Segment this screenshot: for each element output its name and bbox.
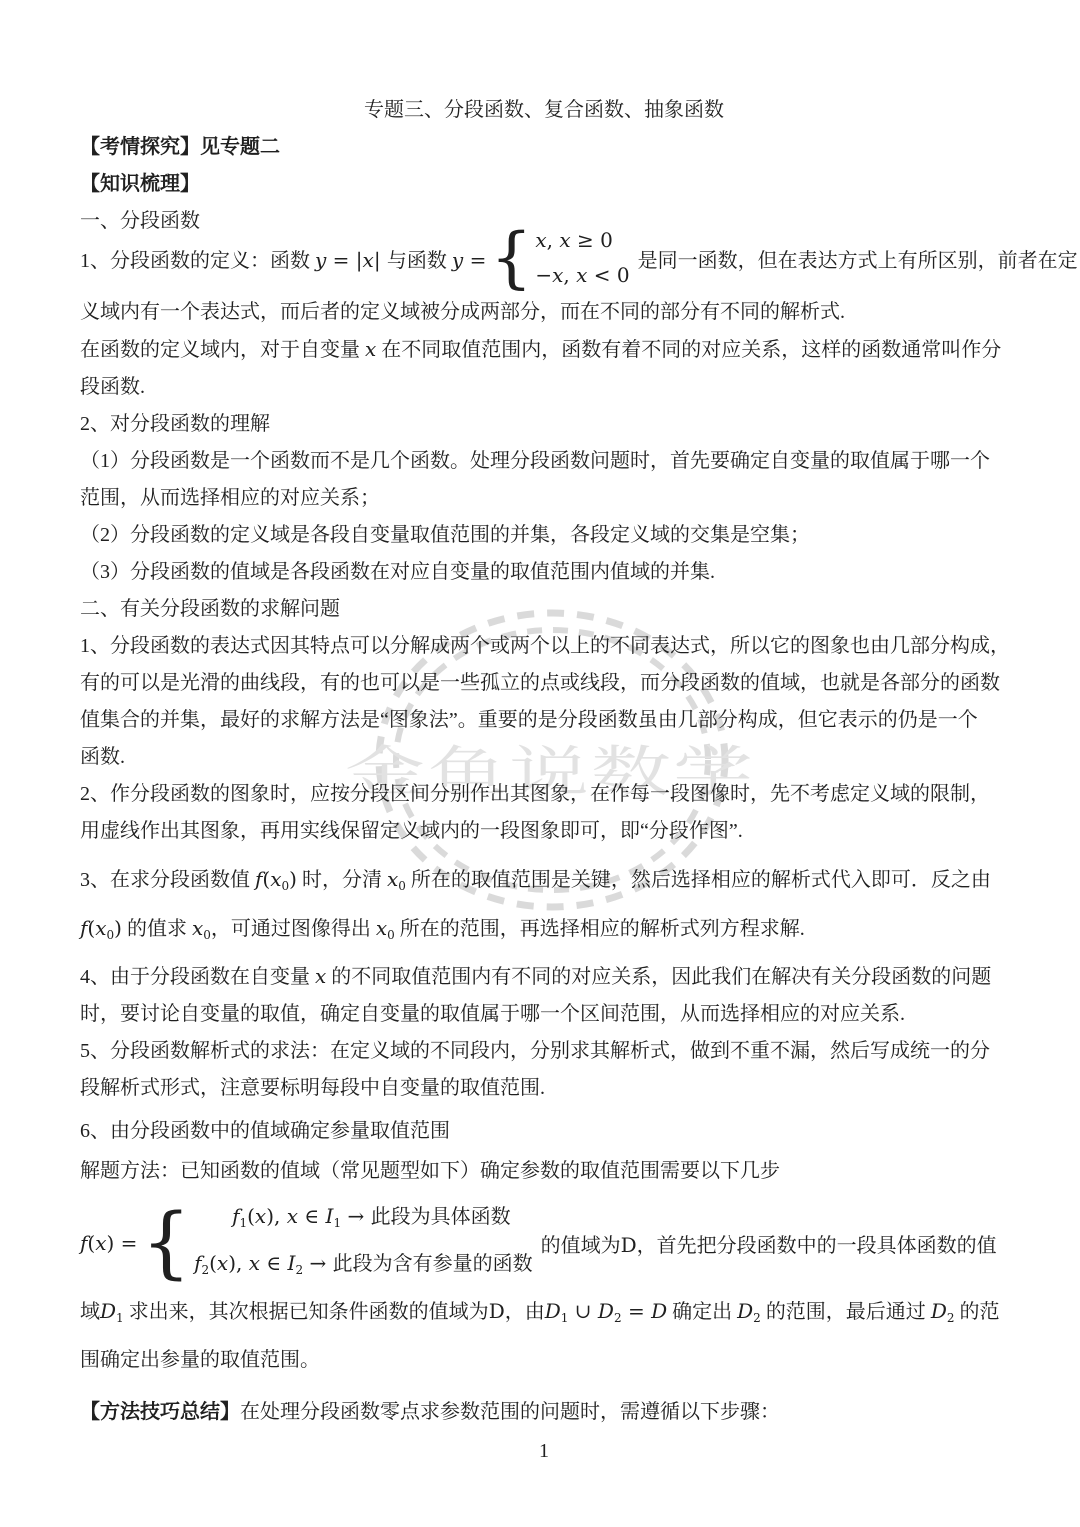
left-brace-glyph: { bbox=[490, 223, 532, 293]
text-line: 6、由分段函数中的值域确定参量取值范围 bbox=[80, 1113, 1008, 1150]
text-line: 用虚线作出其图象，再用实线保留定义域内的一段图象即可，即“分段作图”. bbox=[80, 813, 1008, 850]
section-heading-2: 二、有关分段函数的求解问题 bbox=[80, 591, 1008, 628]
text-line: 值集合的并集，最好的求解方法是“图象法”。重要的是分段函数虽由几部分构成，但它表… bbox=[80, 702, 1008, 739]
text-line: 范围，从而选择相应的对应关系； bbox=[80, 480, 1008, 517]
page-title: 专题三、分段函数、复合函数、抽象函数 bbox=[80, 92, 1008, 129]
piecewise-cases: x, x ≥ 0 −x, x < 0 bbox=[535, 223, 629, 293]
piecewise-case-1: x, x ≥ 0 bbox=[535, 223, 629, 258]
text-line: 5、分段函数解析式的求法：在定义域的不同段内，分别求其解析式，做到不重不漏，然后… bbox=[80, 1033, 1008, 1070]
text-line: 义域内有一个表达式，而后者的定义域被分成两部分，而在不同的部分有不同的解析式. bbox=[80, 294, 1008, 331]
piecewise-case-2: f2(x), x ∈ I2 → 此段为含有参量的函数 bbox=[194, 1243, 533, 1290]
piecewise-parameter-formula: f(x) = { f1(x), x ∈ I1 → 此段为具体函数 f2(x), … bbox=[80, 1201, 1008, 1285]
method-summary-line: 【方法技巧总结】在处理分段函数零点求参数范围的问题时，需遵循以下步骤： bbox=[80, 1394, 1008, 1431]
piecewise-case-2: −x, x < 0 bbox=[535, 258, 629, 293]
text-line: 2、对分段函数的理解 bbox=[80, 406, 1008, 443]
text-line: 段解析式形式，注意要标明每段中自变量的取值范围. bbox=[80, 1070, 1008, 1107]
text-line: 解题方法：已知函数的值域（常见题型如下）确定参数的取值范围需要以下几步 bbox=[80, 1153, 1008, 1190]
text-line: 围确定出参量的取值范围。 bbox=[80, 1339, 1008, 1381]
text-line: 段函数. bbox=[80, 369, 1008, 406]
text-line: 3、在求分段函数值 f(x0) 时，分清 x0 所在的取值范围是关键，然后选择相… bbox=[80, 858, 1008, 907]
piecewise-case-1: f1(x), x ∈ I1 → 此段为具体函数 bbox=[194, 1196, 533, 1243]
formula-lhs: f(x) = bbox=[80, 1231, 137, 1256]
piecewise-definition-formula: 1、分段函数的定义：函数 y = |x| 与函数 y = { x, x ≥ 0 … bbox=[80, 222, 1008, 294]
text-line: （3）分段函数的值域是各段函数在对应自变量的取值范围内值域的并集. bbox=[80, 554, 1008, 591]
text-line: f(x0) 的值求 x0，可通过图像得出 x0 所在的范围，再选择相应的解析式列… bbox=[80, 907, 1008, 956]
formula-trail-text: 是同一函数，但在表达方式上有所区别，前者在定 bbox=[638, 244, 1078, 273]
page-number: 1 bbox=[80, 1433, 1008, 1470]
text-line: 域D1 求出来，其次根据已知条件函数的值域为D，由D1 ∪ D2 = D 确定出… bbox=[80, 1290, 1008, 1339]
formula-lead-text: 1、分段函数的定义：函数 y = |x| 与函数 y = bbox=[80, 244, 486, 273]
text-line: （1）分段函数是一个函数而不是几个函数。处理分段函数问题时，首先要确定自变量的取… bbox=[80, 443, 1008, 480]
document-page: 金鱼说数学 专题三、分段函数、复合函数、抽象函数 【考情探究】见专题二 【知识梳… bbox=[0, 0, 1080, 1527]
text-line: 4、由于分段函数在自变量 x 的不同取值范围内有不同的对应关系，因此我们在解决有… bbox=[80, 958, 1008, 996]
text-line: 时，要讨论自变量的取值，确定自变量的取值属于哪一个区间范围，从而选择相应的对应关… bbox=[80, 996, 1008, 1033]
document-content: 专题三、分段函数、复合函数、抽象函数 【考情探究】见专题二 【知识梳理】 一、分… bbox=[0, 0, 1080, 1470]
heading-knowledge-outline: 【知识梳理】 bbox=[80, 166, 1008, 203]
formula-trail-text: 的值域为D，首先把分段函数中的一段具体函数的值 bbox=[541, 1229, 997, 1258]
piecewise-cases: f1(x), x ∈ I1 → 此段为具体函数 f2(x), x ∈ I2 → … bbox=[194, 1196, 533, 1290]
text-line: 在函数的定义域内，对于自变量 x 在不同取值范围内，函数有着不同的对应关系，这样… bbox=[80, 331, 1008, 369]
text-line: 1、分段函数的表达式因其特点可以分解成两个或两个以上的不同表达式，所以它的图象也… bbox=[80, 628, 1008, 665]
text-line: 2、作分段函数的图象时，应按分段区间分别作出其图象，在作每一段图像时，先不考虑定… bbox=[80, 776, 1008, 813]
left-brace-glyph: { bbox=[141, 1202, 191, 1284]
heading-exam-research: 【考情探究】见专题二 bbox=[80, 129, 1008, 166]
text-line: （2）分段函数的定义域是各段自变量取值范围的并集，各段定义域的交集是空集； bbox=[80, 517, 1008, 554]
text-line: 函数. bbox=[80, 739, 1008, 776]
text-line: 有的可以是光滑的曲线段，有的也可以是一些孤立的点或线段，而分段函数的值域，也就是… bbox=[80, 665, 1008, 702]
